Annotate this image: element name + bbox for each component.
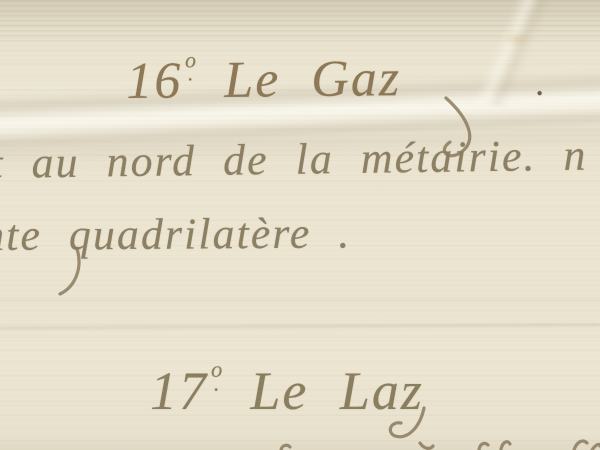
laz-descender-curl xyxy=(420,443,433,448)
partial-line-letter-top xyxy=(574,441,587,450)
manuscript-page: 16o.Le Gaz . t au nord de la métairie. n… xyxy=(0,0,600,450)
ink-flourishes xyxy=(0,0,600,450)
gaz-descender-flourish xyxy=(444,98,469,156)
laz-descender-flourish xyxy=(390,408,424,437)
partial-line-letter-top xyxy=(479,443,488,450)
handwritten-ink-layer: 16o.Le Gaz . t au nord de la métairie. n… xyxy=(0,0,600,450)
q-descender-flourish xyxy=(60,249,79,294)
partial-line-letter-top xyxy=(592,444,600,450)
partial-line-letter-top xyxy=(501,442,510,449)
partial-line-letter-top xyxy=(281,445,290,450)
